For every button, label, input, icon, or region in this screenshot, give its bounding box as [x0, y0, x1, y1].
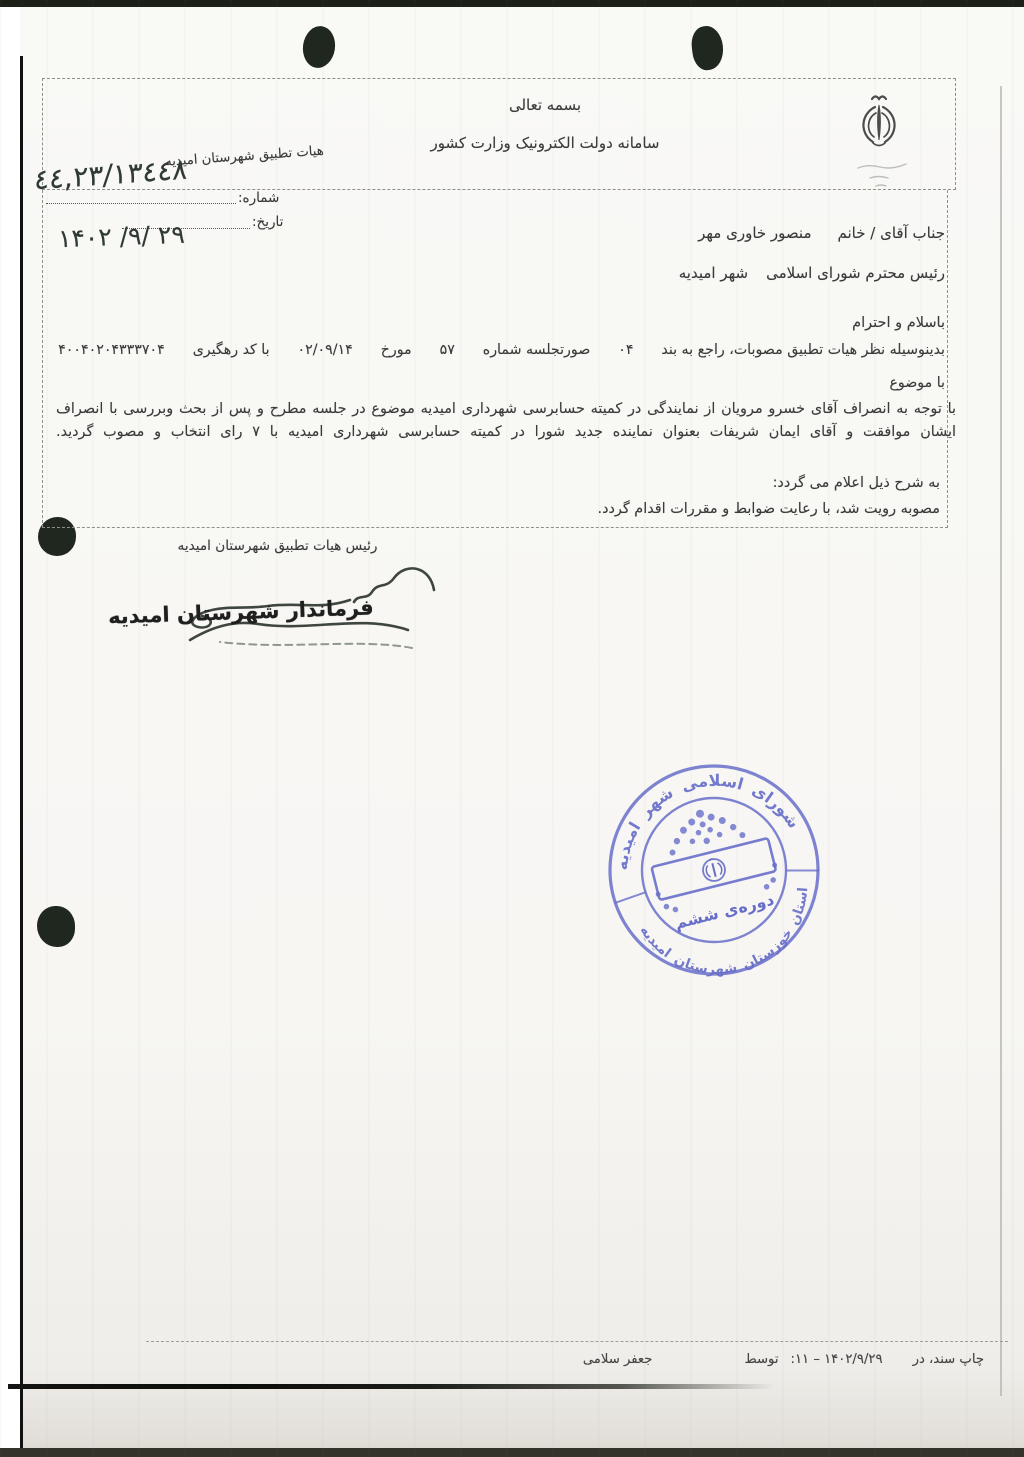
print-datetime: :۱۱ – ۱۴۰۲/۹/۲۹	[791, 1352, 883, 1367]
print-metadata-row: چاپ سند، در :۱۱ – ۱۴۰۲/۹/۲۹ توسط جعفر سل…	[583, 1352, 984, 1367]
intro-band-number: ۰۴	[618, 342, 633, 358]
emblem-caption-marks	[850, 162, 914, 192]
recipient-title: رئیس محترم شورای اسلامی	[766, 264, 945, 282]
punch-hole-top-right	[689, 24, 725, 71]
footer-divider	[146, 1341, 1008, 1342]
recipient-line-1: جناب آقای / خانم منصور خاوری مهر	[698, 224, 945, 242]
scan-bottom-edge	[0, 1448, 1024, 1457]
approval-line: مصوبه رویت شد، با رعایت ضوابط و مقررات ا…	[598, 501, 940, 517]
intro-tracking-code: ۴۰۰۴۰۲۰۴۳۳۳۷۰۴	[58, 342, 165, 358]
greeting-line: باسلام و احترام	[852, 315, 945, 331]
iran-national-emblem-icon	[842, 90, 920, 166]
council-round-stamp: شورای اسلامی شهر امیدیه استان خوزستان شه…	[588, 744, 840, 996]
scan-bottom-black-line	[8, 1384, 774, 1389]
intro-session-number: ۵۷	[440, 342, 455, 358]
print-by-name: جعفر سلامی	[583, 1352, 653, 1367]
intro-line: بدینوسیله نظر هیات تطبیق مصوبات، راجع به…	[58, 342, 945, 358]
recipient-name: منصور خاوری مهر	[698, 224, 811, 242]
recipient-prefix: جناب آقای / خانم	[838, 224, 946, 242]
resolution-paragraph: با توجه به انصراف آقای خسرو مرویان از نم…	[56, 398, 956, 444]
recipient-line-2: رئیس محترم شورای اسلامی شهر امیدیه	[679, 264, 945, 282]
scan-left-margin	[0, 7, 20, 1448]
print-label: چاپ سند، در	[913, 1352, 984, 1367]
stamp-mini-emblem-icon	[701, 856, 728, 883]
scanned-letter-page: بسمه تعالی سامانه دولت الکترونیک وزارت ک…	[0, 0, 1024, 1457]
subject-label: با موضوع	[889, 375, 945, 391]
scan-top-edge	[0, 0, 1024, 7]
bismillah-line: بسمه تعالی	[360, 96, 730, 114]
intro-text-1: بدینوسیله نظر هیات تطبیق مصوبات، راجع به…	[661, 342, 945, 358]
intro-text-3: مورخ	[381, 342, 412, 358]
intro-text-2: صورتجلسه شماره	[483, 342, 591, 358]
announce-line: به شرح ذیل اعلام می گردد:	[773, 475, 940, 491]
intro-session-date: ۰۲/۰۹/۱۴	[298, 342, 353, 358]
recipient-city: شهر امیدیه	[679, 264, 748, 282]
print-via-label: توسط	[744, 1352, 778, 1367]
punch-hole-left-lower	[37, 906, 75, 947]
scan-left-edge-line	[20, 56, 23, 1448]
egov-system-line: سامانه دولت الکترونیک وزارت کشور	[330, 134, 760, 152]
intro-text-4: با کد رهگیری	[193, 342, 270, 358]
scan-right-edge-line	[1000, 86, 1002, 1396]
punch-hole-top-left	[300, 24, 338, 70]
